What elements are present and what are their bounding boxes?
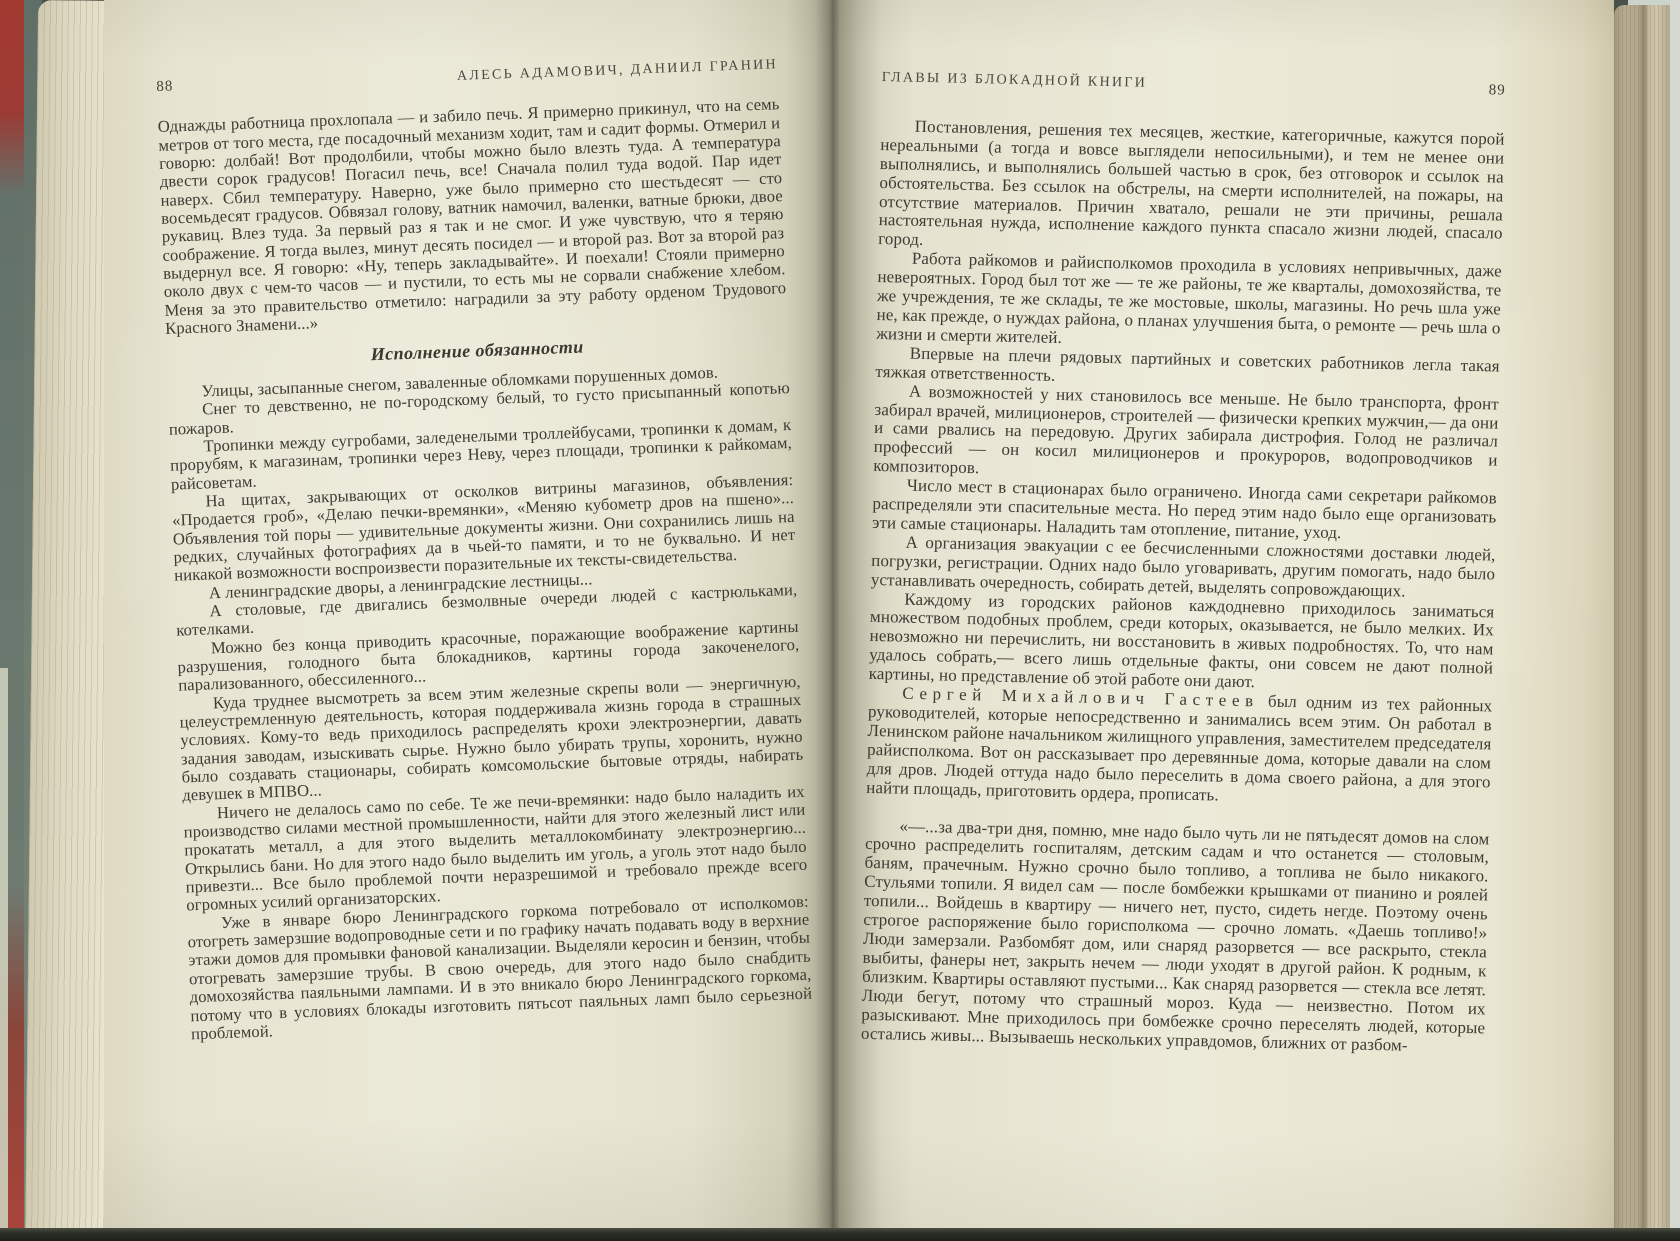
paragraph: Каждому из городских районов каждодневно… xyxy=(869,589,1495,697)
right-page-fore-edge xyxy=(1614,5,1674,1232)
table-edge xyxy=(0,1228,1680,1241)
open-book-photo: 88 АЛЕСЬ АДАМОВИЧ, ДАНИИЛ ГРАНИН Однажды… xyxy=(0,0,1680,1241)
paragraph: Постановления, решения тех месяцев, жест… xyxy=(878,117,1505,263)
paragraph: Уже в январе бюро Ленинградского горкома… xyxy=(187,892,813,1043)
paragraph-gasteev: Сергей Михайлович Гастеев был одним из т… xyxy=(866,684,1492,811)
running-head-book-title: ГЛАВЫ ИЗ БЛОКАДНОЙ КНИГИ xyxy=(882,69,1148,94)
page-number-left: 88 xyxy=(156,77,174,96)
paragraph: А возможностей у них становилось все мен… xyxy=(873,382,1499,490)
book-cover-edge-highlight xyxy=(0,668,8,1228)
background-right-strip xyxy=(1670,0,1680,1241)
page-right-text: ГЛАВЫ ИЗ БЛОКАДНОЙ КНИГИ 89 Постановлени… xyxy=(857,68,1506,1216)
paragraph: Однажды работница прохлопала — и забило … xyxy=(157,96,787,339)
quote-paragraph: «—...за два-три дня, помню, мне надо был… xyxy=(861,816,1490,1056)
paragraph-continuation: был одним из тех районных руководителей,… xyxy=(866,691,1492,804)
paragraph: Работа райкомов и райисполкомов проходил… xyxy=(876,249,1502,357)
page-left-text: 88 АЛЕСЬ АДАМОВИЧ, ДАНИИЛ ГРАНИН Однажды… xyxy=(156,55,819,1202)
page-number-right: 89 xyxy=(1488,81,1505,100)
